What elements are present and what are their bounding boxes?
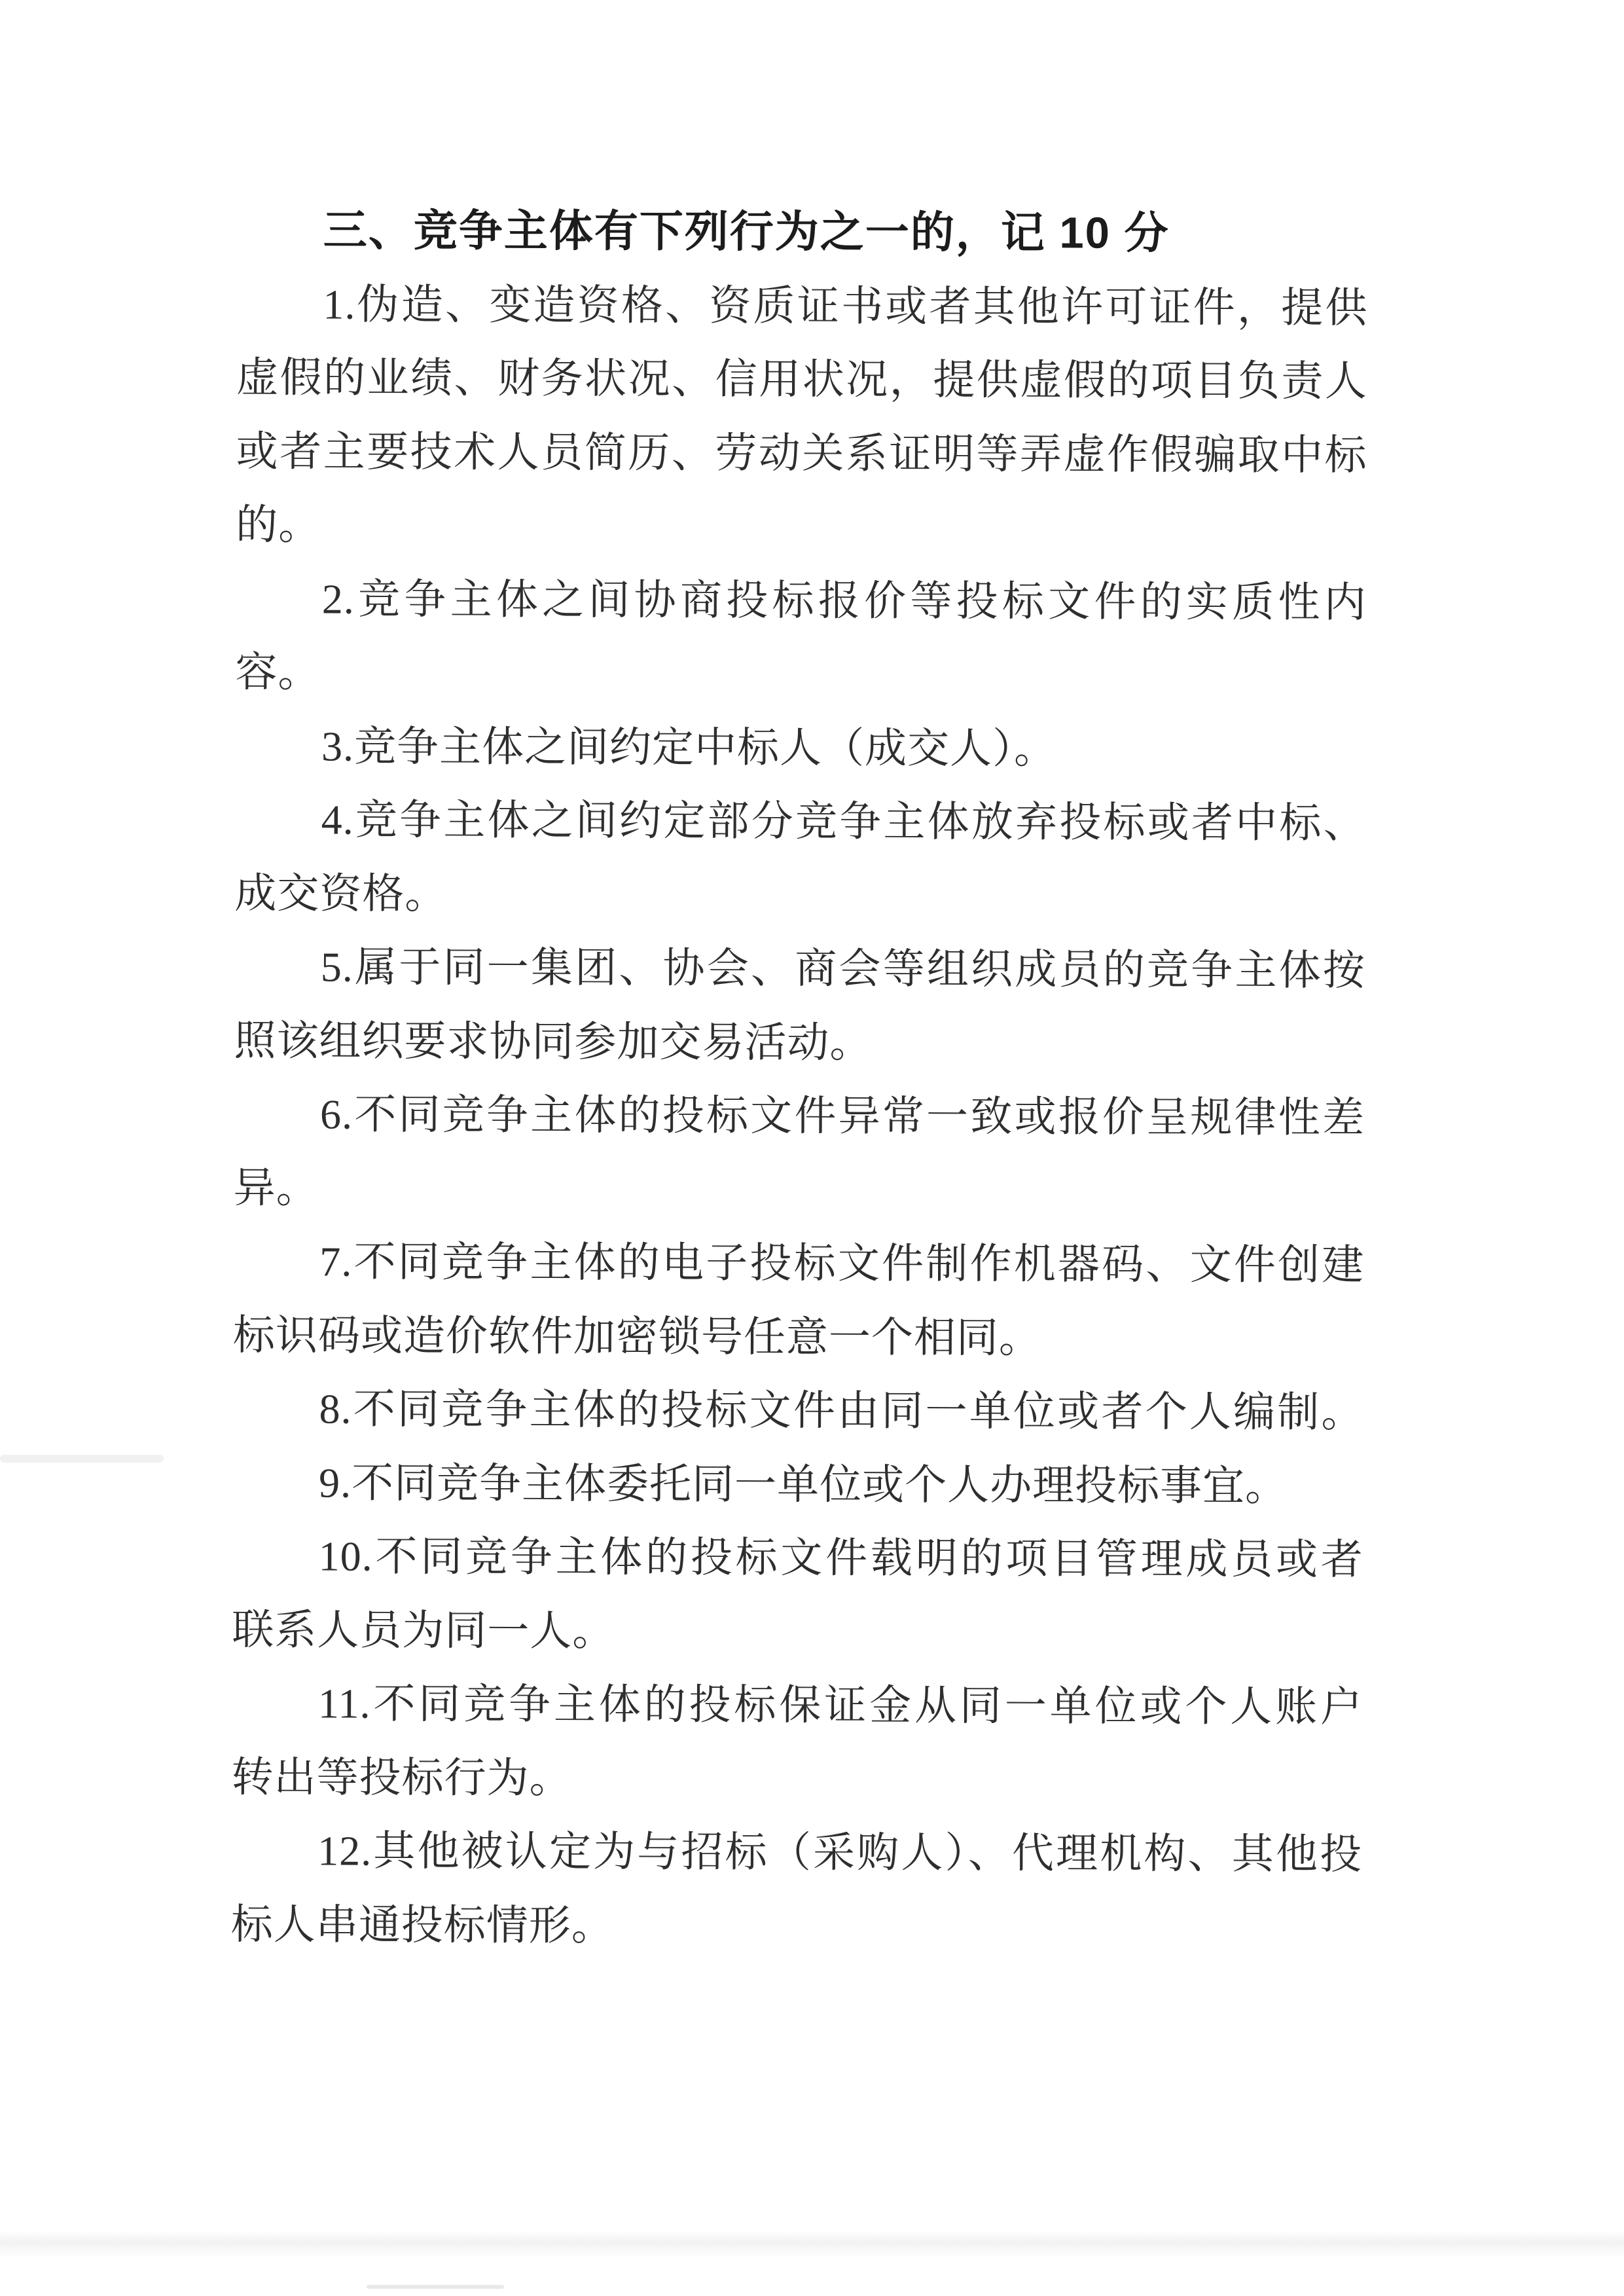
text-line: 标识码或造价软件加密锁号任意一个相同。 [233,1298,1364,1376]
text-line: 4.竞争主体之间约定部分竞争主体放弃投标或者中标、 [234,783,1365,861]
text-line: 联系人员为同一人。 [232,1593,1363,1671]
text-line: 的。 [236,488,1367,566]
document-content: 三、竞争主体有下列行为之一的，记 10 分 1.伪造、变造资格、资质证书或者其他… [231,194,1368,1965]
text-line: 11.不同竞争主体的投标保证金从同一单位或个人账户 [232,1667,1363,1745]
scan-artifact-band [0,2231,1624,2259]
text-line: 6.不同竞争主体的投标文件异常一致或报价呈规律性差 [234,1078,1365,1156]
text-line: 异。 [234,1151,1365,1229]
text-line: 10.不同竞争主体的投标文件载明的项目管理成员或者 [232,1520,1363,1597]
text-line: 照该组织要求协同参加交易活动。 [234,1004,1365,1082]
scan-artifact-smudge [0,1455,164,1463]
text-line: 或者主要技术人员简历、劳动关系证明等弄虚作假骗取中标 [236,414,1367,492]
text-line: 成交资格。 [234,856,1365,934]
document-page: 三、竞争主体有下列行为之一的，记 10 分 1.伪造、变造资格、资质证书或者其他… [0,0,1624,2296]
text-line: 容。 [235,636,1366,714]
text-line: 8.不同竞争主体的投标文件由同一单位或者个人编制。 [232,1372,1363,1450]
text-line: 9.不同竞争主体委托同一单位或个人办理投标事宜。 [232,1446,1363,1523]
text-line: 2.竞争主体之间协商投标报价等投标文件的实质性内 [236,562,1367,640]
text-line: 3.竞争主体之间约定中标人（成交人）。 [235,709,1366,787]
section-heading: 三、竞争主体有下列行为之一的，记 10 分 [237,194,1368,272]
text-line: 12.其他被认定为与招标（采购人）、代理机构、其他投 [231,1814,1362,1892]
scan-artifact-line [367,2285,504,2289]
text-line: 1.伪造、变造资格、资质证书或者其他许可证件，提供 [236,267,1367,345]
text-line: 转出等投标行为。 [231,1740,1362,1818]
text-line: 标人串通投标情形。 [231,1887,1362,1965]
text-line: 虚假的业绩、财务状况、信用状况，提供虚假的项目负责人 [236,341,1367,419]
text-line: 7.不同竞争主体的电子投标文件制作机器码、文件创建 [233,1225,1364,1303]
text-line: 5.属于同一集团、协会、商会等组织成员的竞争主体按 [234,930,1365,1008]
